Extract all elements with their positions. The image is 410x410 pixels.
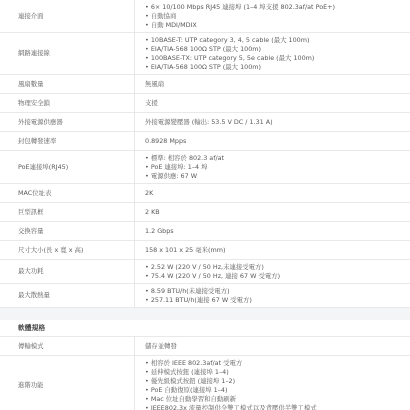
spec-value-line: IEEE802.3x 流量控制供全雙工模式以及背壓供半雙工模式	[145, 404, 400, 410]
spec-value-line: 自動 MDI/MDIX	[145, 21, 400, 30]
spec-row-fan-quantity: 風扇數量 無風扇	[0, 75, 410, 94]
spec-row-network-media: 網路連接線 10BASE-T: UTP category 3, 4, 5 cab…	[0, 33, 410, 75]
spec-label: 最大散熱量	[0, 284, 135, 307]
spec-value-line: PoE 自動復原(連接埠 1–4)	[145, 386, 400, 395]
spec-value-line: 6× 10/100 Mbps RJ45 連接埠 (1–4 埠支援 802.3af…	[145, 3, 400, 12]
spec-value-line: 延伸模式按鈕 (連接埠 1–4)	[145, 368, 400, 377]
spec-value: 無風扇	[135, 75, 410, 93]
spec-label: 封包轉發速率	[0, 132, 135, 150]
spec-value: 儲存並轉發	[135, 337, 410, 355]
spec-label: 風扇數量	[0, 75, 135, 93]
spec-value-line: 75.4 W (220 V / 50 Hz, 連接 67 W 受電方)	[145, 272, 400, 281]
spec-value-line: 8.59 BTU/h(未連接受電方)	[145, 287, 400, 296]
spec-value-line: 1.2 Gbps	[145, 227, 174, 236]
spec-label: 物理安全鎖	[0, 94, 135, 112]
spec-label: 交換容量	[0, 222, 135, 240]
spec-value-line: 外接電源變壓器 (輸出: 53.5 V DC / 1.31 A)	[145, 118, 273, 127]
spec-label: 外接電源供應器	[0, 113, 135, 131]
spec-value: 外接電源變壓器 (輸出: 53.5 V DC / 1.31 A)	[135, 113, 410, 131]
spec-value-line: 標準: 相容於 802.3 af/at	[145, 154, 400, 163]
spec-label: 進階功能	[0, 356, 135, 410]
spec-row-advanced-functions: 進階功能 相容於 IEEE 802.3af/at 受電方 延伸模式按鈕 (連接埠…	[0, 356, 410, 410]
spec-value-line: 10BASE-T: UTP category 3, 4, 5 cable (最大…	[145, 36, 400, 45]
spec-value-line: 2 KB	[145, 208, 160, 217]
spec-value: 2 KB	[135, 203, 410, 221]
spec-value-line: Mac 位址自動學習和自動刷新	[145, 395, 400, 404]
spec-row-switching-capacity: 交換容量 1.2 Gbps	[0, 222, 410, 241]
spec-value: 0.8928 Mpps	[135, 132, 410, 150]
spec-label: 網路連接線	[0, 33, 135, 74]
spec-value-list: 8.59 BTU/h(未連接受電方) 257.11 BTU/h(連接 67 W …	[135, 284, 410, 307]
spec-value-list: 標準: 相容於 802.3 af/at PoE 連接埠: 1–4 埠 電源供應:…	[135, 151, 410, 183]
spec-value-line: EIA/TIA-568 100Ω STP (最大 100m)	[145, 63, 400, 72]
spec-label: MAC位址表	[0, 184, 135, 202]
spec-row-max-power-consumption: 最大功耗 2.52 W (220 V / 50 Hz,未連接受電方) 75.4 …	[0, 260, 410, 284]
spec-value: 158 x 101 x 25 毫米(mm)	[135, 241, 410, 259]
spec-value-line: 儲存並轉發	[145, 342, 177, 351]
spec-value-list: 6× 10/100 Mbps RJ45 連接埠 (1–4 埠支援 802.3af…	[135, 0, 410, 32]
spec-label: 巨型訊框	[0, 203, 135, 221]
spec-row-power-supply: 外接電源供應器 外接電源變壓器 (輸出: 53.5 V DC / 1.31 A)	[0, 113, 410, 132]
spec-row-max-heat-dissipation: 最大散熱量 8.59 BTU/h(未連接受電方) 257.11 BTU/h(連接…	[0, 284, 410, 308]
spec-row-forwarding-rate: 封包轉發速率 0.8928 Mpps	[0, 132, 410, 151]
spec-value-list: 2.52 W (220 V / 50 Hz,未連接受電方) 75.4 W (22…	[135, 260, 410, 283]
spec-label: PoE連接埠(RJ45)	[0, 151, 135, 183]
spec-value-line: EIA/TIA-568 100Ω STP (最大 100m)	[145, 45, 400, 54]
spec-label: 連接介面	[0, 0, 135, 32]
hardware-spec-table: 連接介面 6× 10/100 Mbps RJ45 連接埠 (1–4 埠支援 80…	[0, 0, 410, 308]
spec-value-line: 100BASE-TX: UTP category 5, 5e cable (最大…	[145, 54, 400, 63]
spec-value-line: 257.11 BTU/h(連接 67 W 受電方)	[145, 296, 400, 305]
spec-row-interface: 連接介面 6× 10/100 Mbps RJ45 連接埠 (1–4 埠支援 80…	[0, 0, 410, 33]
spec-value-line: 優先級模式按鈕 (連接埠 1–2)	[145, 377, 400, 386]
spec-value: 1.2 Gbps	[135, 222, 410, 240]
product-spec-page: 連接介面 6× 10/100 Mbps RJ45 連接埠 (1–4 埠支援 80…	[0, 0, 410, 410]
spec-value-line: 支援	[145, 99, 158, 108]
spec-value-line: 相容於 IEEE 802.3af/at 受電方	[145, 359, 400, 368]
spec-row-transfer-method: 傳輸模式 儲存並轉發	[0, 337, 410, 356]
spec-value-line: 無風扇	[145, 80, 164, 89]
spec-label: 尺寸大小(長 x 寬 x 高)	[0, 241, 135, 259]
spec-value-line: 158 x 101 x 25 毫米(mm)	[145, 246, 225, 255]
spec-value-line: 自動協商	[145, 12, 400, 21]
spec-value: 支援	[135, 94, 410, 112]
spec-row-mac-table: MAC位址表 2K	[0, 184, 410, 203]
spec-label: 最大功耗	[0, 260, 135, 283]
spec-value-line: 2K	[145, 189, 153, 198]
spec-value-line: PoE 連接埠: 1–4 埠	[145, 163, 400, 172]
software-section-title: 軟體規格	[0, 320, 410, 337]
spec-value-line: 0.8928 Mpps	[145, 137, 186, 146]
spec-row-security-lock: 物理安全鎖 支援	[0, 94, 410, 113]
spec-row-poe-ports: PoE連接埠(RJ45) 標準: 相容於 802.3 af/at PoE 連接埠…	[0, 151, 410, 184]
spec-value-line: 2.52 W (220 V / 50 Hz,未連接受電方)	[145, 263, 400, 272]
spec-label: 傳輸模式	[0, 337, 135, 355]
section-gap	[0, 308, 410, 320]
spec-value-list: 10BASE-T: UTP category 3, 4, 5 cable (最大…	[135, 33, 410, 74]
spec-value-list: 相容於 IEEE 802.3af/at 受電方 延伸模式按鈕 (連接埠 1–4)…	[135, 356, 410, 410]
spec-value-line: 電源供應: 67 W	[145, 172, 400, 181]
spec-row-dimensions: 尺寸大小(長 x 寬 x 高) 158 x 101 x 25 毫米(mm)	[0, 241, 410, 260]
software-spec-table: 傳輸模式 儲存並轉發 進階功能 相容於 IEEE 802.3af/at 受電方 …	[0, 337, 410, 410]
spec-value: 2K	[135, 184, 410, 202]
spec-row-jumbo-frame: 巨型訊框 2 KB	[0, 203, 410, 222]
